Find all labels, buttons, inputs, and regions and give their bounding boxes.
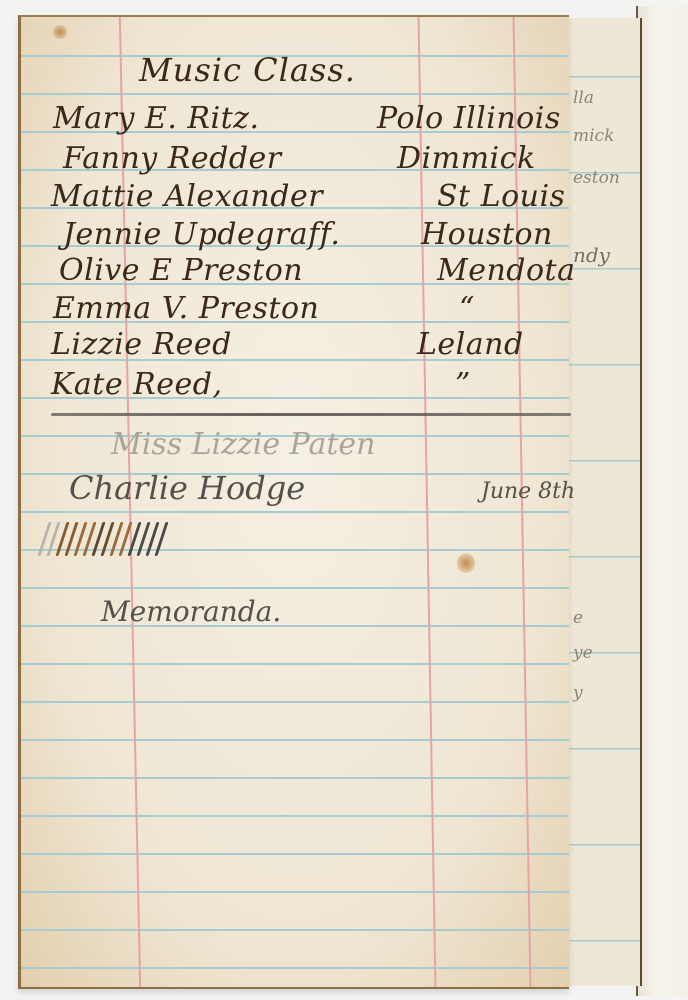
roster-place: Mendota: [437, 253, 576, 288]
strip-note: e: [573, 608, 583, 628]
strip-note: eston: [573, 168, 620, 188]
roster-place: St Louis: [437, 179, 565, 214]
roster-place: “: [459, 291, 475, 326]
facing-page: [636, 6, 688, 996]
page-title: Music Class.: [139, 51, 356, 89]
pencil-divider-line: [51, 413, 571, 416]
roster-name: Mary E. Ritz.: [53, 101, 259, 136]
roster-name: Olive E Preston: [59, 253, 303, 288]
roster-place: Polo Illinois: [377, 101, 561, 136]
date-note: June 8th: [481, 479, 575, 504]
strip-note: lla: [573, 88, 594, 108]
roster-place: Dimmick: [397, 141, 536, 176]
ink-stain: [457, 553, 475, 573]
roster-name: Jennie Updegraff.: [63, 217, 340, 252]
roster-place: Houston: [421, 217, 553, 252]
roster-place: Leland: [417, 327, 524, 362]
roster-name: Fanny Redder: [63, 141, 282, 176]
strip-note: ndy: [573, 243, 610, 267]
strip-note: ye: [573, 643, 593, 663]
strip-note: mick: [573, 126, 614, 146]
roster-place: ”: [455, 367, 471, 402]
roster-name: Mattie Alexander: [51, 179, 323, 214]
notebook-page: Music Class. Mary E. Ritz. Polo Illinois…: [18, 15, 569, 989]
tally-marks: [43, 522, 163, 556]
strip-note: y: [573, 683, 583, 703]
roster-name: Kate Reed,: [51, 367, 222, 402]
faint-pencil-note: Miss Lizzie Paten: [111, 427, 376, 462]
ink-stain: [53, 25, 67, 39]
roster-name: Lizzie Reed: [51, 327, 232, 362]
roster-name: Emma V. Preston: [53, 291, 319, 326]
signature: Charlie Hodge: [69, 469, 305, 507]
memoranda-heading: Memoranda.: [101, 595, 281, 628]
folded-page-strip: lla mick eston ndy e ye y: [565, 18, 642, 986]
